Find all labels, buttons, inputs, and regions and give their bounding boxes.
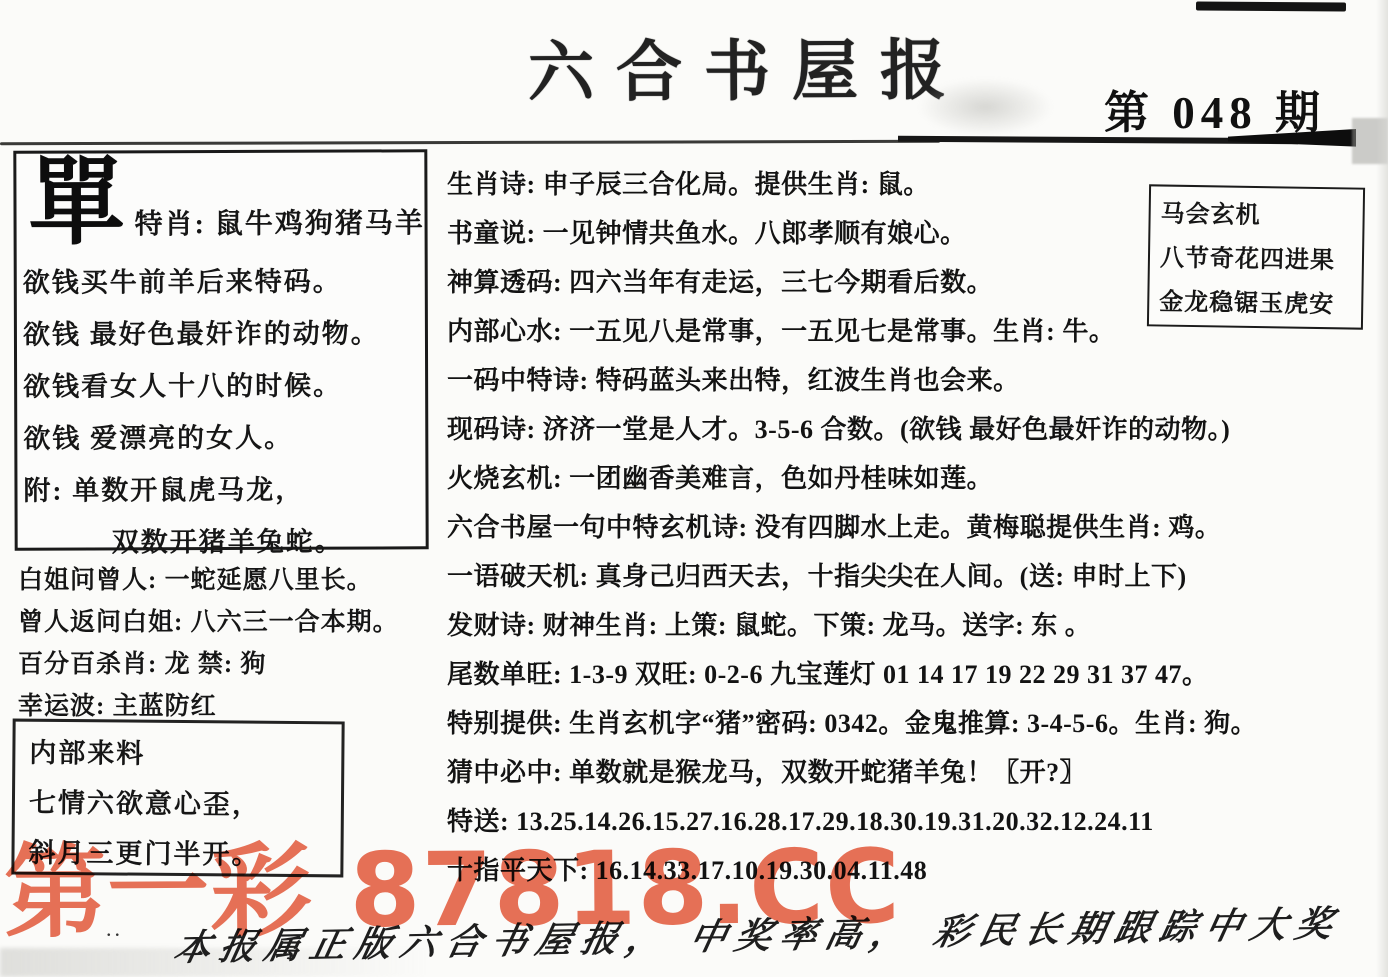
note-line: 白姐问曾人: 一蛇延愿八里长。 [18, 560, 438, 602]
inner-box-line: 七情六欲意心歪， [29, 778, 327, 831]
tip-line-tebietigong: 特别提供: 生肖玄机字“猪”密码: 0342。金鬼推算: 3-4-5-6。生肖:… [447, 699, 1377, 748]
special-box-header: 單 特肖: 鼠牛鸡狗猪马羊 [22, 156, 418, 249]
special-line: 附: 单数开鼠虎马龙， [23, 463, 419, 516]
masthead-title: 六合书屋报 [528, 17, 968, 114]
special-tip-box: 單 特肖: 鼠牛鸡狗猪马羊 欲钱买牛前羊后来特码。 欲钱 最好色最奸诈的动物。 … [13, 149, 428, 550]
tip-line-caizhongbizhong: 猜中必中: 单数就是猴龙马，双数开蛇猪羊兔！〖开?〗 [447, 748, 1377, 797]
note-line: 百分百杀肖: 龙 禁: 狗 [18, 644, 438, 686]
page-edge-shadow [1376, 0, 1388, 977]
special-line: 欲钱 爱漂亮的女人。 [23, 411, 419, 464]
note-line: 曾人返问白姐: 八六三一合本期。 [18, 602, 438, 644]
header-divider-thin [0, 140, 940, 145]
texiao-line: 特肖: 鼠牛鸡狗猪马羊 [134, 201, 424, 242]
scanned-page: 六合书屋报 第 048 期 單 特肖: 鼠牛鸡狗猪马羊 欲钱买牛前羊后来特码。 … [0, 0, 1388, 977]
mahui-box-line: 金龙稳锯玉虎安 [1159, 280, 1352, 327]
scan-smudge [918, 78, 1053, 136]
tip-line-huoshaoxuanji: 火烧玄机: 一团幽香美难言，色如丹桂味如莲。 [447, 454, 1377, 503]
issue-number: 第 048 期 [1104, 76, 1326, 141]
special-line: 欲钱看女人十八的时候。 [23, 359, 419, 412]
tip-line-yiyupotianji: 一语破天机: 真身己归西天去，十指尖尖在人间。(送: 申时上下) [447, 552, 1377, 601]
special-line: 欲钱 最好色最奸诈的动物。 [23, 307, 419, 360]
scan-artifact-topbar [1196, 1, 1346, 11]
tip-line-yijuzhongte: 六合书屋一句中特玄机诗: 没有四脚水上走。黄梅聪提供生肖: 鸡。 [447, 503, 1377, 552]
special-box-lines: 欲钱买牛前羊后来特码。 欲钱 最好色最奸诈的动物。 欲钱看女人十八的时候。 欲钱… [23, 255, 420, 568]
tip-line-yimazhongteshi: 一码中特诗: 特码蓝头来出特，红波生肖也会来。 [447, 356, 1377, 405]
big-dan-character: 單 [28, 157, 124, 249]
mahui-box-line: 八节奇花四进果 [1160, 236, 1353, 283]
tip-line-xianmashi: 现码诗: 济济一堂是人才。3-5-6 合数。(欲钱 最好色最奸诈的动物。) [447, 405, 1377, 454]
mahui-box-line: 马会玄机 [1160, 192, 1353, 239]
site-watermark: 第一彩 87818.CC [4, 837, 902, 945]
tip-line-weishudanwang: 尾数单旺: 1-3-9 双旺: 0-2-6 九宝莲灯 01 14 17 19 2… [447, 650, 1377, 699]
mahui-xuanji-box: 马会玄机 八节奇花四进果 金龙稳锯玉虎安 [1147, 184, 1365, 329]
special-line: 欲钱买牛前羊后来特码。 [23, 255, 419, 308]
inner-box-line: 内部来料 [29, 728, 327, 781]
tip-line-facaishi: 发财诗: 财神生肖: 上策: 鼠蛇。下策: 龙马。送字: 东 。 [447, 601, 1377, 650]
left-notes: 白姐问曾人: 一蛇延愿八里长。 曾人返问白姐: 八六三一合本期。 百分百杀肖: … [18, 560, 438, 728]
